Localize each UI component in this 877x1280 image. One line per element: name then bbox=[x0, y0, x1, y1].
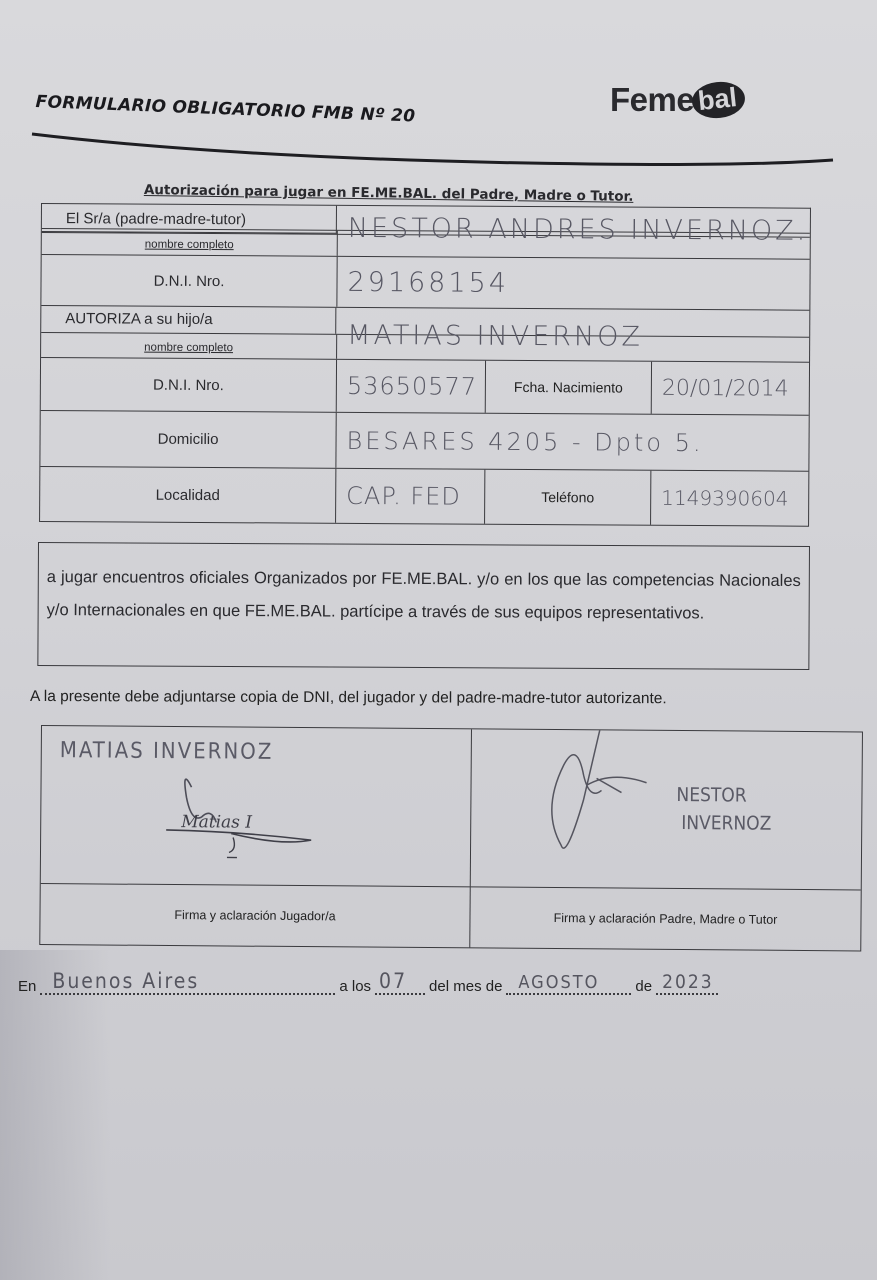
signature-table: MATIAS INVERNOZ Matias I NESTOR INVERNOZ… bbox=[39, 725, 863, 951]
child-dni-value[interactable]: 53650577 bbox=[337, 360, 486, 413]
parent-printed-name: NESTOR INVERNOZ bbox=[676, 781, 772, 838]
day-value: 07 bbox=[379, 969, 407, 993]
date-prefix: En bbox=[18, 978, 36, 995]
address-label: Domicilio bbox=[40, 411, 336, 468]
form-title: FORMULARIO OBLIGATORIO FMB Nº 20 bbox=[35, 92, 415, 127]
femebal-logo: Feme bal bbox=[610, 78, 745, 122]
month-value: AGOSTO bbox=[518, 972, 599, 993]
parent-dni-label: D.N.I. Nro. bbox=[41, 255, 337, 307]
player-signature-caption: Firma y aclaración Jugador/a bbox=[40, 884, 470, 947]
child-name-sublabel: nombre completo bbox=[41, 333, 337, 359]
title-divider bbox=[30, 130, 835, 170]
address-row: Domicilio BESARES 4205 - Dpto 5. bbox=[40, 411, 808, 472]
birth-date-value[interactable]: 20/01/2014 bbox=[652, 362, 809, 415]
parent-signature-caption: Firma y aclaración Padre, Madre o Tutor bbox=[470, 887, 860, 950]
phone-label: Teléfono bbox=[485, 470, 651, 525]
player-signature-icon: Matias I bbox=[41, 726, 472, 887]
city-label: Localidad bbox=[40, 467, 336, 523]
city-value[interactable]: CAP. FED bbox=[336, 469, 485, 524]
child-name-value[interactable]: MATIAS INVERNOZ bbox=[337, 311, 809, 362]
child-label: AUTORIZA a su hijo/a bbox=[41, 306, 336, 334]
authorization-text: a jugar encuentros oficiales Organizados… bbox=[37, 542, 810, 670]
child-dni-label: D.N.I. Nro. bbox=[41, 358, 337, 412]
parent-signature-icon bbox=[471, 729, 864, 890]
logo-wordmark: Feme bbox=[610, 81, 694, 119]
year-field[interactable]: 2023 bbox=[656, 977, 718, 995]
authorization-table: El Sr/a (padre-madre-tutor) nombre compl… bbox=[39, 203, 811, 527]
address-value[interactable]: BESARES 4205 - Dpto 5. bbox=[336, 413, 808, 471]
child-dni-row: D.N.I. Nro. 53650577 Fcha. Nacimiento 20… bbox=[41, 358, 809, 416]
logo-ball-icon: bal bbox=[690, 79, 746, 120]
parent-name-value[interactable]: NESTOR ANDRES INVERNOZ. bbox=[338, 201, 810, 259]
parent-name-sublabel: nombre completo bbox=[42, 229, 338, 256]
year-label: de bbox=[635, 978, 652, 995]
date-line: En Buenos Aires a los 07 del mes de AGOS… bbox=[18, 977, 722, 995]
month-label: del mes de bbox=[429, 978, 502, 995]
year-value: 2023 bbox=[662, 971, 714, 993]
city-row: Localidad CAP. FED Teléfono 1149390604 bbox=[40, 467, 808, 527]
paper-shadow bbox=[0, 950, 110, 1280]
phone-value[interactable]: 1149390604 bbox=[651, 471, 808, 526]
attachment-note: A la presente debe adjuntarse copia de D… bbox=[30, 688, 667, 708]
svg-text:Matias I: Matias I bbox=[180, 812, 252, 833]
player-signature-box[interactable]: MATIAS INVERNOZ Matias I bbox=[41, 726, 472, 887]
place-field[interactable]: Buenos Aires bbox=[40, 977, 335, 995]
parent-dni-value[interactable]: 29168154 bbox=[337, 257, 809, 310]
days-label: a los bbox=[339, 978, 371, 995]
place-value: Buenos Aires bbox=[52, 969, 199, 993]
parent-dni-row: D.N.I. Nro. 29168154 bbox=[41, 255, 809, 311]
birth-date-label: Fcha. Nacimiento bbox=[486, 361, 652, 414]
parent-signature-box[interactable]: NESTOR INVERNOZ bbox=[471, 729, 862, 890]
day-field[interactable]: 07 bbox=[375, 977, 425, 995]
month-field[interactable]: AGOSTO bbox=[506, 977, 631, 995]
